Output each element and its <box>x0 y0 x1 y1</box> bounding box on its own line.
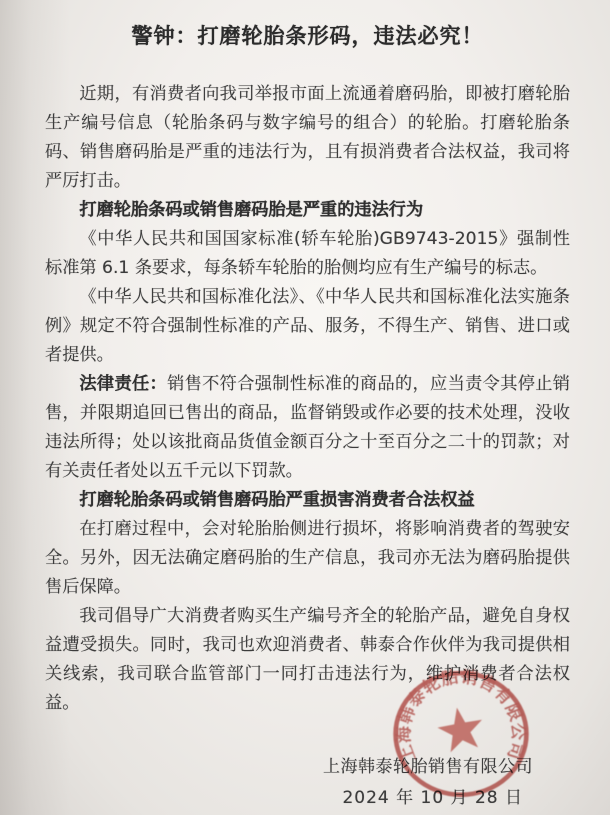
section-heading-consumer-harm: 打磨轮胎条码或销售磨码胎严重损害消费者合法权益 <box>45 486 570 515</box>
document-page: 警钟：打磨轮胎条形码，违法必究！ 近期，有消费者向我司举报市面上流通着磨码胎，即… <box>0 0 610 815</box>
paragraph-national-standard: 《中华人民共和国国家标准(轿车轮胎)GB9743-2015》强制性标准第 6.1… <box>45 225 570 283</box>
company-seal-stamp: 上海韩泰轮胎销售有限公司 <box>392 669 530 799</box>
page-title: 警钟：打磨轮胎条形码，违法必究！ <box>45 20 570 50</box>
paragraph-legal-liability: 法律责任：销售不符合强制性标准的商品的，应当责令其停止销售，并限期追回已售出的商… <box>45 370 570 486</box>
paragraph-standardization-law: 《中华人民共和国标准化法》、《中华人民共和国标准化法实施条例》规定不符合强制性标… <box>45 283 570 370</box>
seal-star-icon <box>435 704 487 754</box>
document-body: 近期，有消费者向我司举报市面上流通着磨码胎，即被打磨轮胎生产编号信息（轮胎条码与… <box>45 80 570 718</box>
paragraph-harm-detail: 在打磨过程中，会对轮胎胎侧进行损坏，将影响消费者的驾驶安全。另外，因无法确定磨码… <box>45 515 570 602</box>
paragraph-intro: 近期，有消费者向我司举报市面上流通着磨码胎，即被打磨轮胎生产编号信息（轮胎条码与… <box>45 80 570 196</box>
section-heading-illegal-act: 打磨轮胎条码或销售磨码胎是严重的违法行为 <box>45 196 570 225</box>
legal-liability-lead: 法律责任： <box>79 374 167 394</box>
